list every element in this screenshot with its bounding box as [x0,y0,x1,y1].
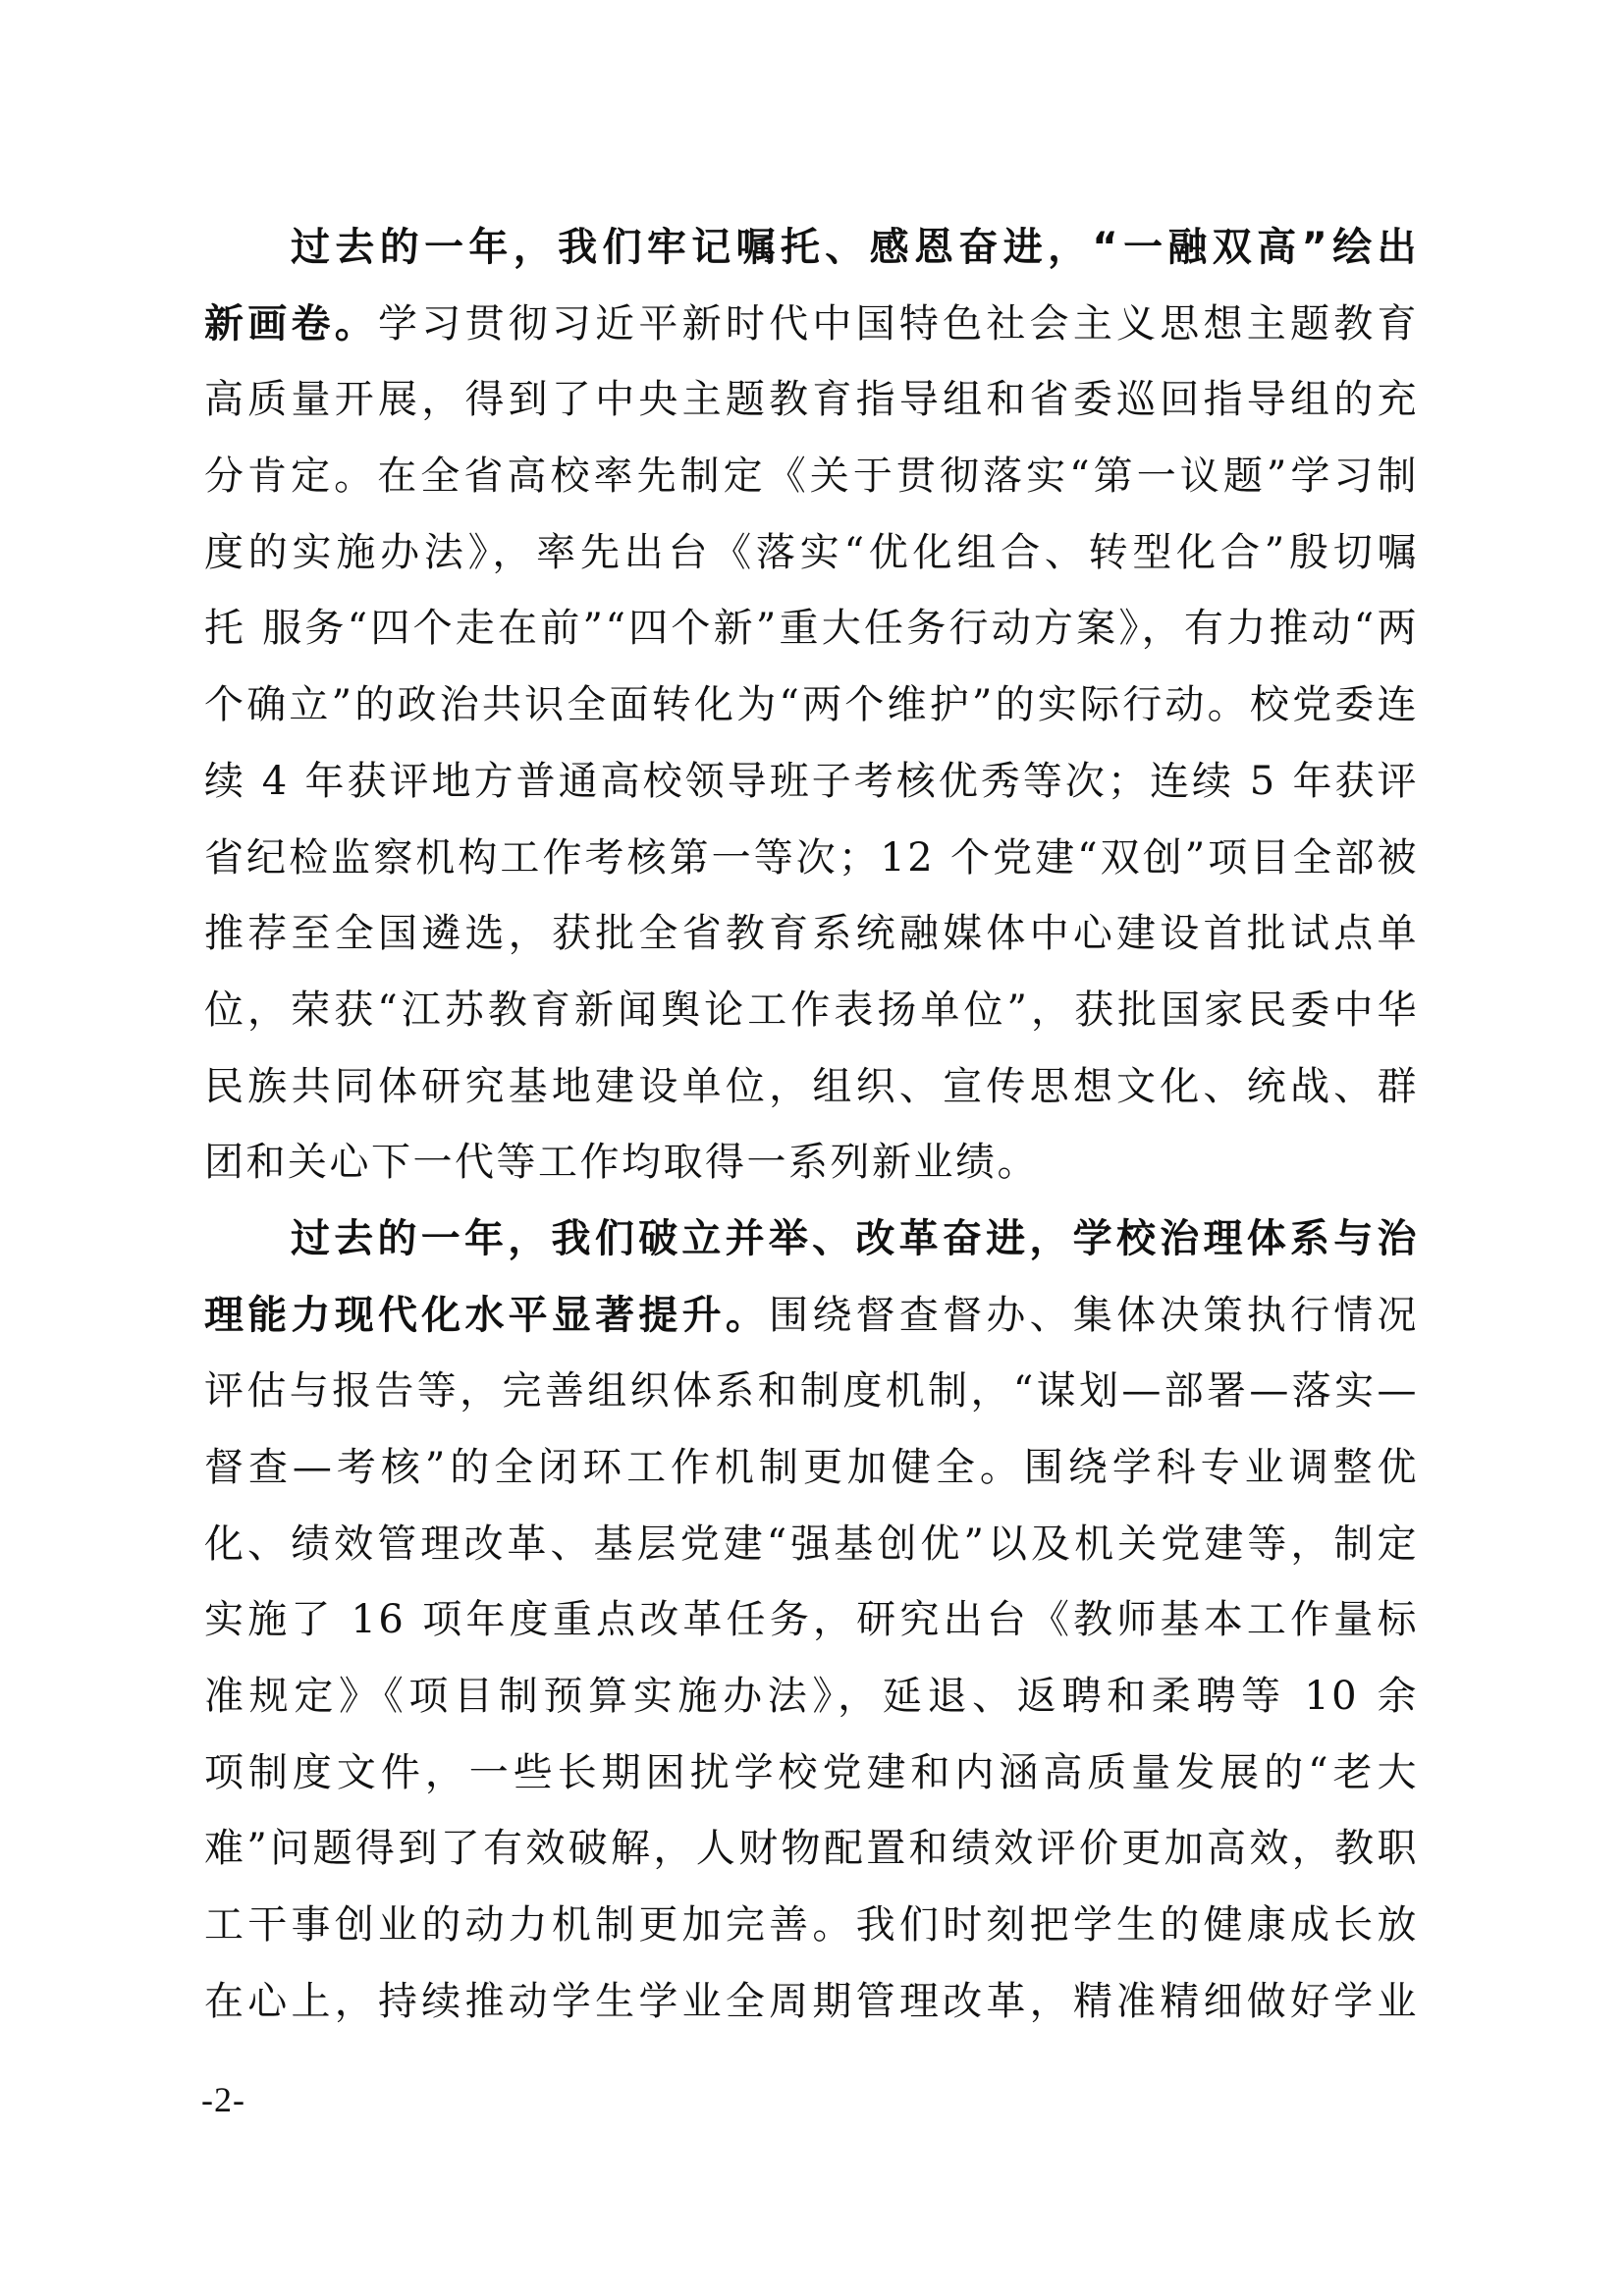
paragraph-line: 续 4 年获评地方普通高校领导班子考核优秀等次；连续 5 年获评 [204,752,1419,828]
paragraph-line: 难”问题得到了有效破解，人财物配置和绩效评价更加高效，教职 [204,1819,1419,1896]
lead-sentence: 过去的一年，我们破立并举、改革奋进，学校治理体系与治 [291,1216,1419,1261]
paragraph-line: 度的实施办法》，率先出台《落实“优化组合、转型化合”殷切嘱 [204,523,1419,600]
paragraph-line: 评估与报告等，完善组织体系和制度机制，“谋划—部署—落实— [204,1362,1419,1438]
paragraph-line: 在心上，持续推动学生学业全周期管理改革，精准精细做好学业 [204,1972,1419,2049]
paragraph-line: 过去的一年，我们牢记嘱托、感恩奋进，“一融双高”绘出 [204,218,1419,294]
page-number: -2- [201,2079,245,2120]
lead-sentence: 理能力现代化水平显著提升。 [204,1293,769,1338]
paragraph-line: 省纪检监察机构工作考核第一等次；12 个党建“双创”项目全部被 [204,828,1419,905]
paragraph-line: 位，荣获“江苏教育新闻舆论工作表扬单位”，获批国家民委中华 [204,981,1419,1057]
paragraph-line: 团和关心下一代等工作均取得一系列新业绩。 [204,1133,1419,1209]
paragraph-line: 理能力现代化水平显著提升。围绕督查督办、集体决策执行情况 [204,1286,1419,1362]
paragraph-1: 过去的一年，我们牢记嘱托、感恩奋进，“一融双高”绘出 新画卷。学习贯彻习近平新时… [204,218,1422,1209]
paragraph-line: 工干事创业的动力机制更加完善。我们时刻把学生的健康成长放 [204,1896,1419,1972]
body-text: 过去的一年，我们牢记嘱托、感恩奋进，“一融双高”绘出 新画卷。学习贯彻习近平新时… [204,218,1422,2049]
paragraph-line: 托 服务“四个走在前”“四个新”重大任务行动方案》，有力推动“两 [204,599,1419,675]
paragraph-line: 分肯定。在全省高校率先制定《关于贯彻落实“第一议题”学习制 [204,447,1419,523]
paragraph-2: 过去的一年，我们破立并举、改革奋进，学校治理体系与治 理能力现代化水平显著提升。… [204,1209,1422,2049]
lead-sentence: 新画卷。 [204,301,378,347]
paragraph-line: 推荐至全国遴选，获批全省教育系统融媒体中心建设首批试点单 [204,904,1419,981]
paragraph-line: 准规定》《项目制预算实施办法》，延退、返聘和柔聘等 10 余 [204,1667,1419,1743]
paragraph-line: 高质量开展，得到了中央主题教育指导组和省委巡回指导组的充 [204,370,1419,447]
paragraph-line: 民族共同体研究基地建设单位，组织、宣传思想文化、统战、群 [204,1057,1419,1134]
paragraph-line: 督查—考核”的全闭环工作机制更加健全。围绕学科专业调整优 [204,1438,1419,1515]
paragraph-line: 化、绩效管理改革、基层党建“强基创优”以及机关党建等，制定 [204,1515,1419,1591]
lead-sentence: 过去的一年，我们牢记嘱托、感恩奋进，“一融双高”绘出 [291,225,1419,270]
paragraph-line: 实施了 16 项年度重点改革任务，研究出台《教师基本工作量标 [204,1590,1419,1667]
paragraph-line: 新画卷。学习贯彻习近平新时代中国特色社会主义思想主题教育 [204,294,1419,371]
paragraph-line: 个确立”的政治共识全面转化为“两个维护”的实际行动。校党委连 [204,675,1419,752]
paragraph-line: 项制度文件，一些长期困扰学校党建和内涵高质量发展的“老大 [204,1743,1419,1820]
document-page: 过去的一年，我们牢记嘱托、感恩奋进，“一融双高”绘出 新画卷。学习贯彻习近平新时… [0,0,1624,2296]
paragraph-line: 过去的一年，我们破立并举、改革奋进，学校治理体系与治 [204,1209,1419,1286]
